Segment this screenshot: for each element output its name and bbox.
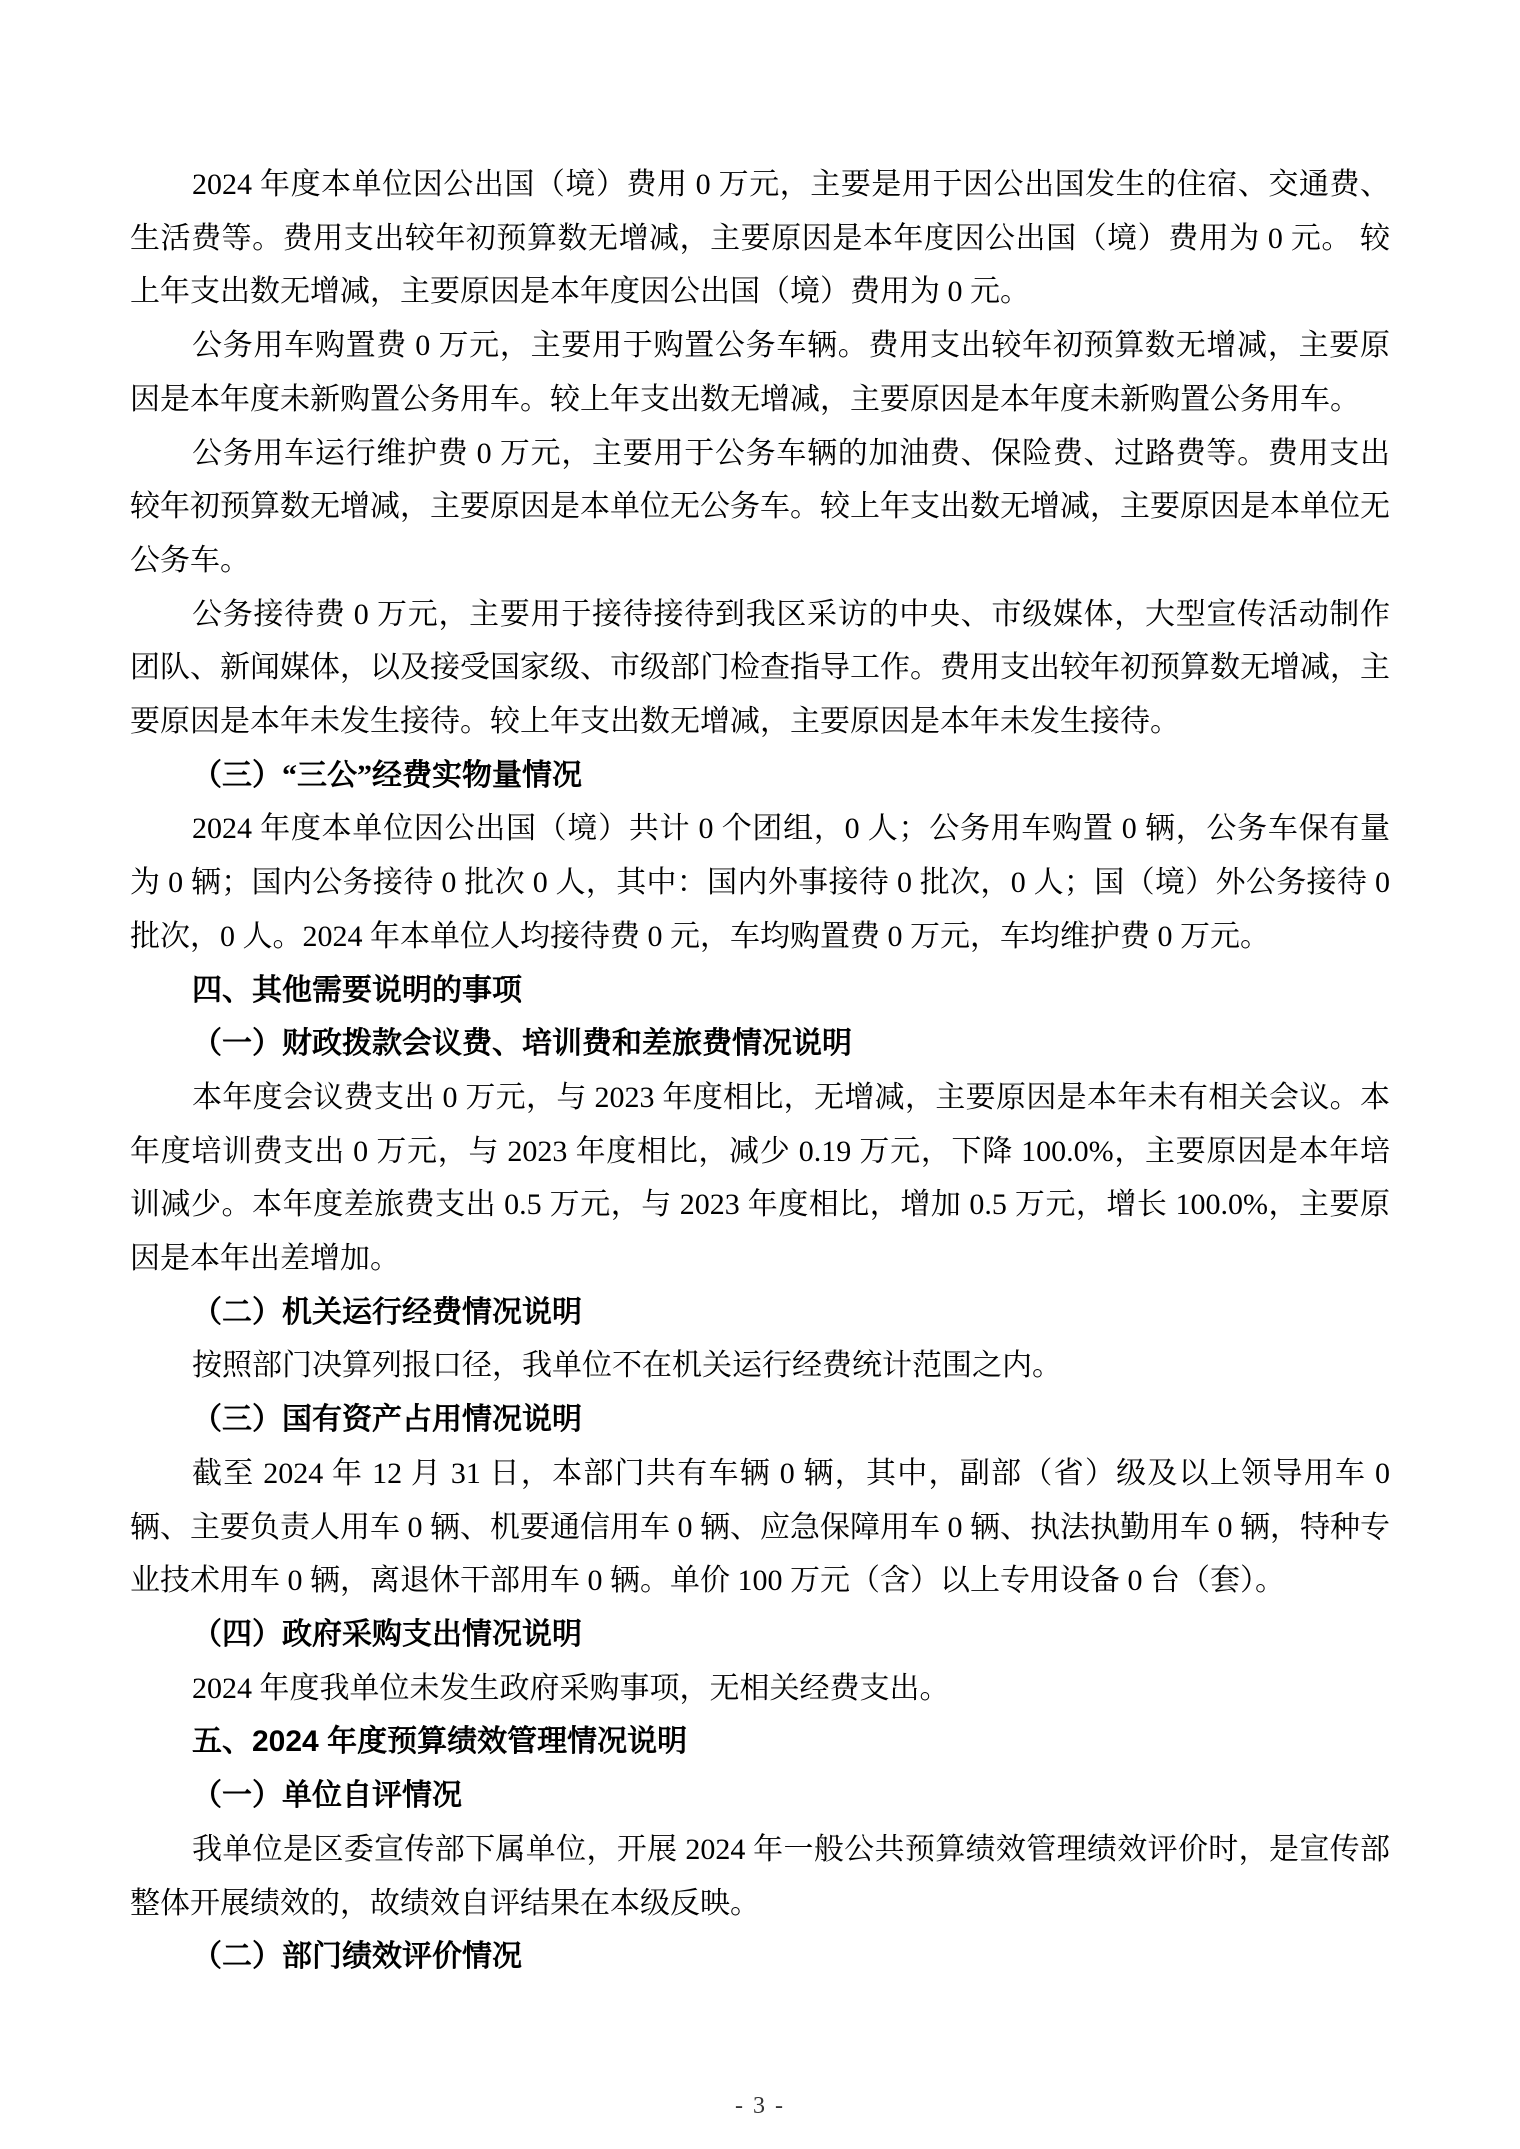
- body-paragraph: 公务用车运行维护费 0 万元，主要用于公务车辆的加油费、保险费、过路费等。费用支…: [130, 427, 1390, 588]
- subsection-heading: （一）单位自评情况: [130, 1769, 1390, 1823]
- subsection-heading: （三）“三公”经费实物量情况: [130, 749, 1390, 803]
- body-paragraph: 截至 2024 年 12 月 31 日，本部门共有车辆 0 辆，其中，副部（省）…: [130, 1447, 1390, 1608]
- body-paragraph: 我单位是区委宣传部下属单位，开展 2024 年一般公共预算绩效管理绩效评价时，是…: [130, 1823, 1390, 1930]
- body-paragraph: 公务接待费 0 万元，主要用于接待接待到我区采访的中央、市级媒体，大型宣传活动制…: [130, 588, 1390, 749]
- body-paragraph: 本年度会议费支出 0 万元，与 2023 年度相比，无增减，主要原因是本年未有相…: [130, 1071, 1390, 1286]
- subsection-heading: （一）财政拨款会议费、培训费和差旅费情况说明: [130, 1017, 1390, 1071]
- subsection-heading: （二）机关运行经费情况说明: [130, 1286, 1390, 1340]
- subsection-heading: （三）国有资产占用情况说明: [130, 1393, 1390, 1447]
- document-page: 2024 年度本单位因公出国（境）费用 0 万元，主要是用于因公出国发生的住宿、…: [0, 0, 1520, 2149]
- body-paragraph: 按照部门决算列报口径，我单位不在机关运行经费统计范围之内。: [130, 1339, 1390, 1393]
- subsection-heading: （二）部门绩效评价情况: [130, 1930, 1390, 1984]
- section-heading: 四、其他需要说明的事项: [130, 964, 1390, 1018]
- subsection-heading: （四）政府采购支出情况说明: [130, 1608, 1390, 1662]
- page-footer: - 3 -: [0, 2093, 1520, 2120]
- page-number: - 3 -: [735, 2093, 785, 2119]
- body-paragraph: 2024 年度我单位未发生政府采购事项，无相关经费支出。: [130, 1662, 1390, 1716]
- body-paragraph: 2024 年度本单位因公出国（境）共计 0 个团组，0 人；公务用车购置 0 辆…: [130, 802, 1390, 963]
- section-heading: 五、2024 年度预算绩效管理情况说明: [130, 1715, 1390, 1769]
- document-body: 2024 年度本单位因公出国（境）费用 0 万元，主要是用于因公出国发生的住宿、…: [130, 158, 1390, 1984]
- body-paragraph: 公务用车购置费 0 万元，主要用于购置公务车辆。费用支出较年初预算数无增减，主要…: [130, 319, 1390, 426]
- body-paragraph: 2024 年度本单位因公出国（境）费用 0 万元，主要是用于因公出国发生的住宿、…: [130, 158, 1390, 319]
